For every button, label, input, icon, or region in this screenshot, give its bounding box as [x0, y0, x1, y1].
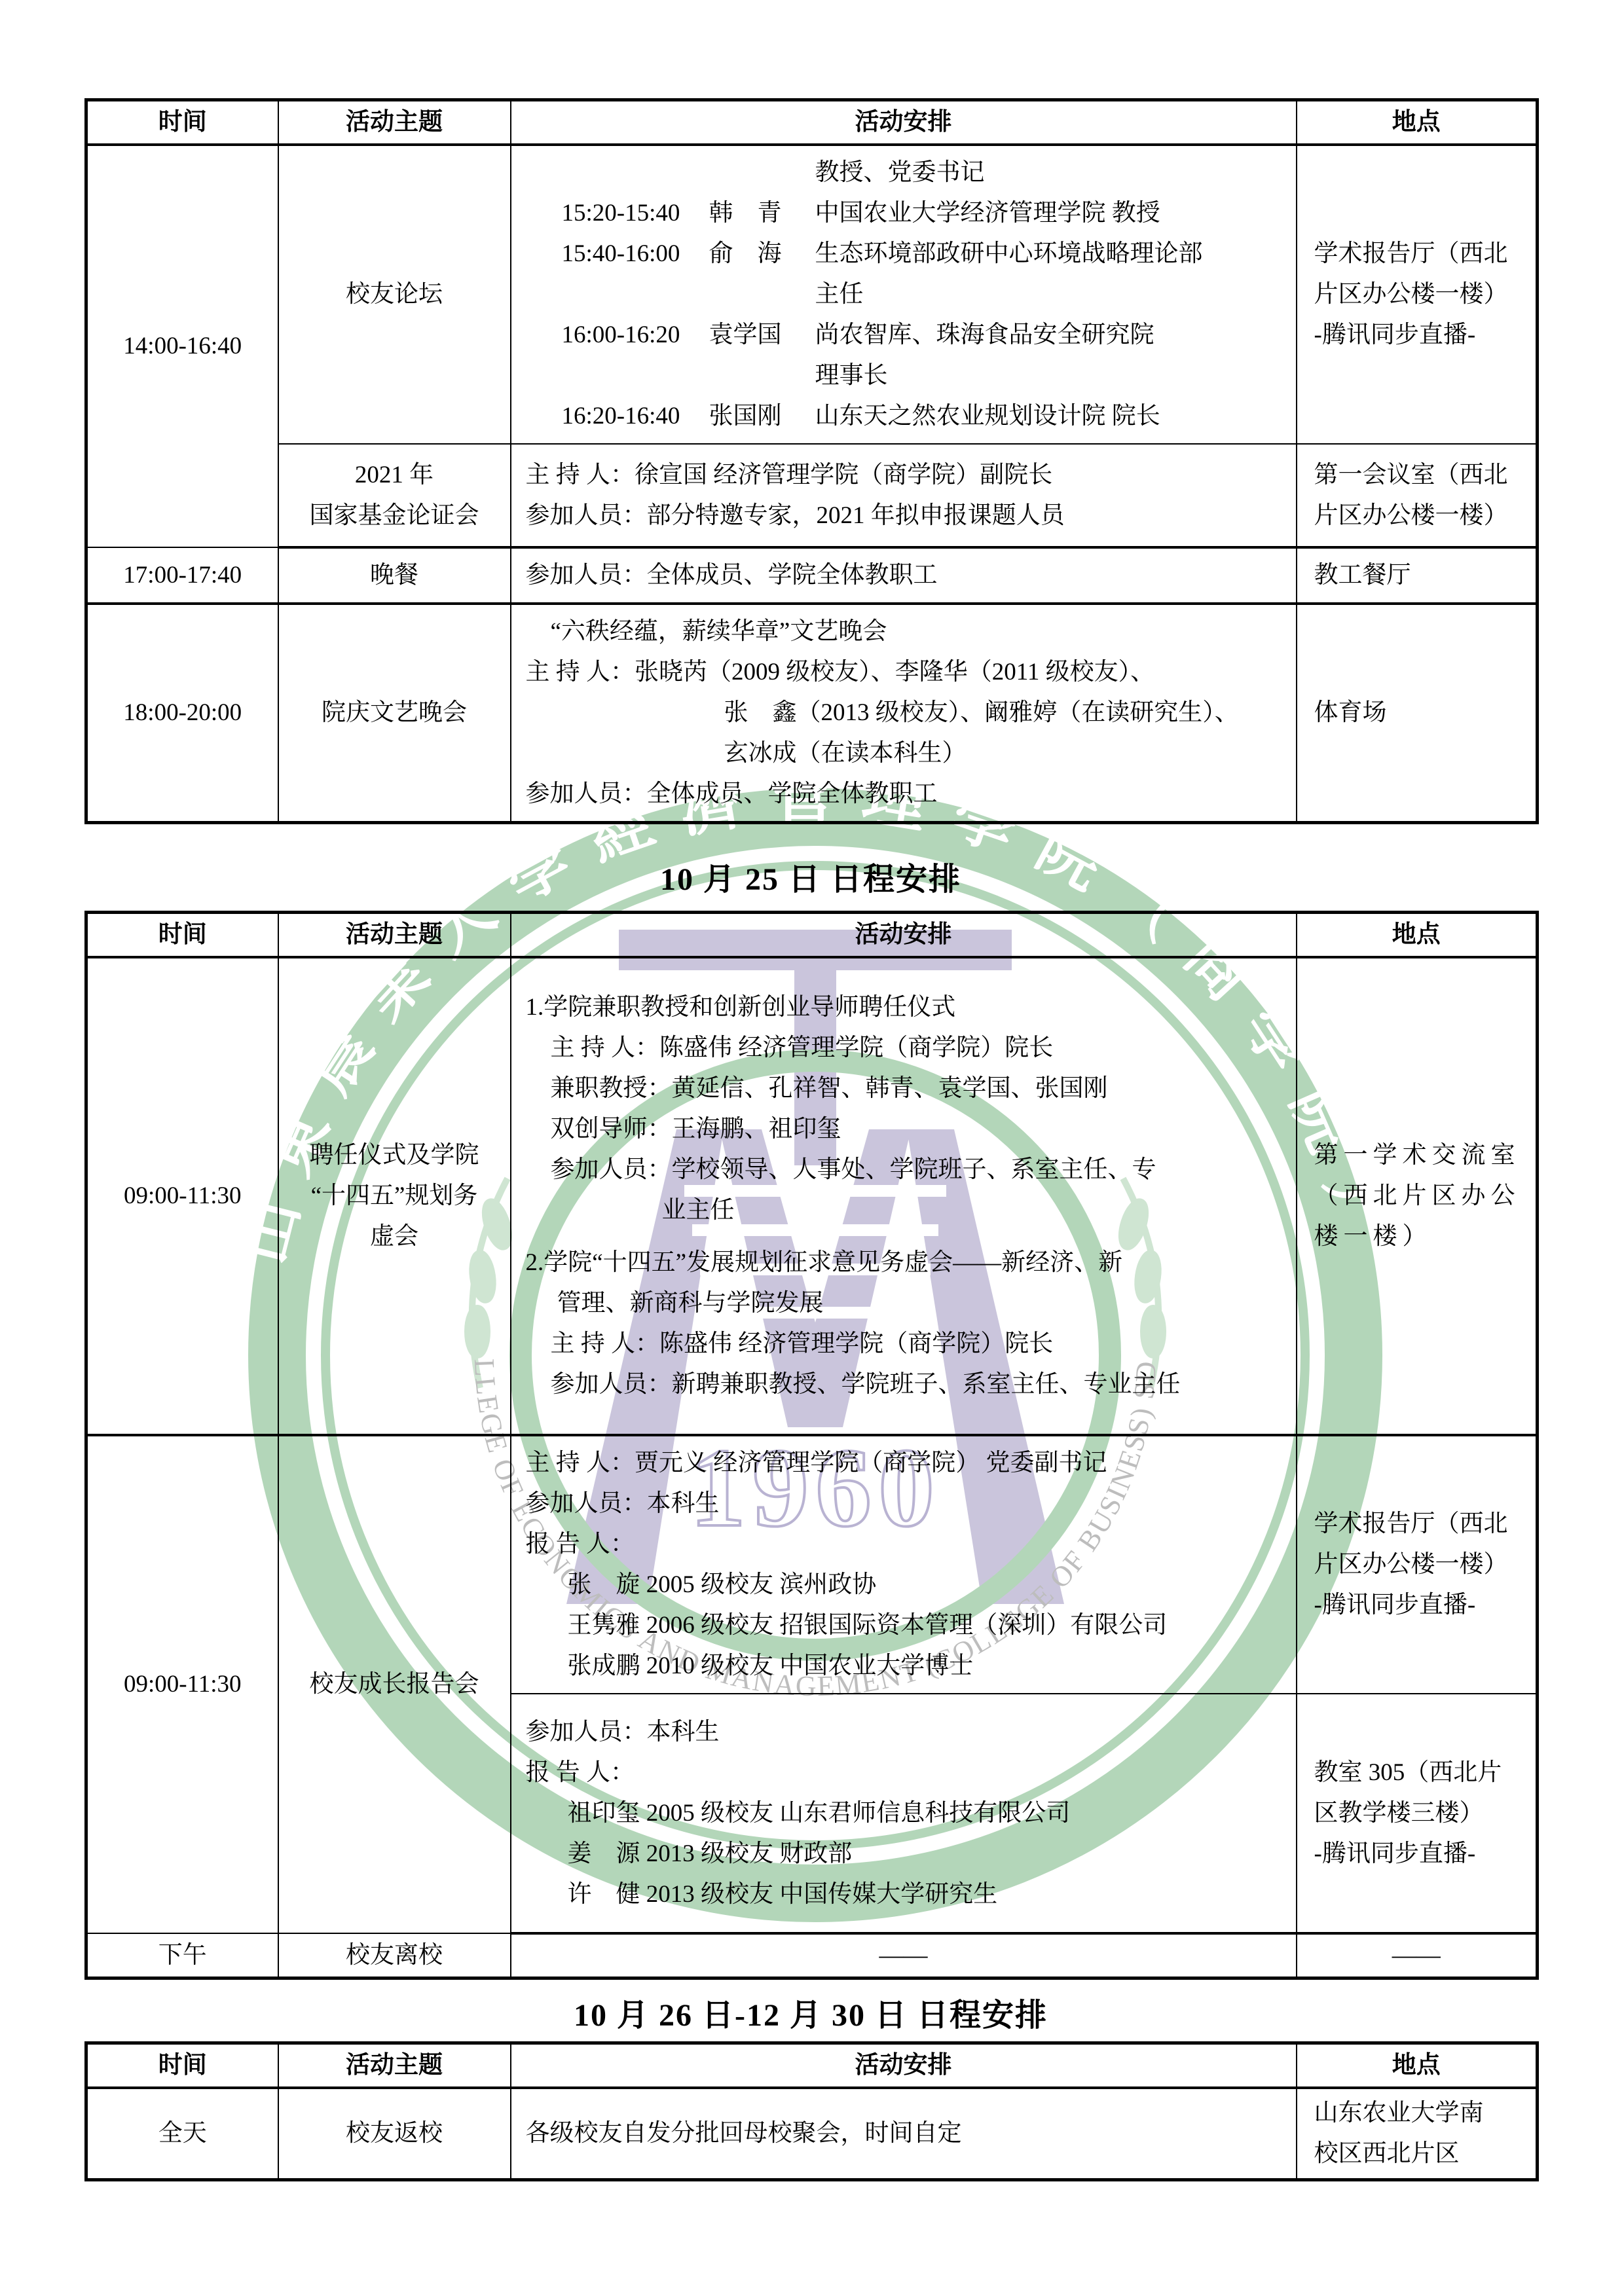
location-cell: 山东农业大学南 校区西北片区 — [1297, 2088, 1538, 2180]
document-content: 时间 活动主题 活动安排 地点 14:00-16:40 校友论坛 教授、党委书记… — [84, 0, 1537, 2181]
header-cell-location: 地点 — [1297, 913, 1538, 958]
theme-cell: 校友返校 — [278, 2088, 511, 2180]
location-cell: 学术报告厅（西北 片区办公楼一楼） -腾讯同步直播- — [1297, 1435, 1538, 1694]
theme-cell: 晚餐 — [278, 547, 511, 604]
theme-cell: 校友离校 — [278, 1933, 511, 1978]
location-cell: 教工餐厅 — [1297, 547, 1538, 604]
text-line: “六秩经蕴，薪续华章”文艺晚会 — [525, 611, 1279, 652]
text-line: 张 鑫（2013 级校友）、阚雅婷（在读研究生）、 — [525, 693, 1279, 733]
text-line: 学术报告厅（西北 — [1314, 234, 1531, 274]
arrangement-cell: 参加人员：全体成员、学院全体教职工 — [511, 547, 1297, 604]
text-line: 聘任仪式及学院 — [280, 1135, 509, 1176]
text-line: 理事长 — [525, 355, 1279, 396]
time-cell: 14:00-16:40 — [86, 145, 278, 547]
theme-cell: 校友论坛 — [278, 145, 511, 444]
theme-cell: 2021 年 国家基金论证会 — [278, 444, 511, 547]
text-line: 教授、党委书记 — [525, 153, 1279, 193]
text-line: 第一会议室（西北 — [1314, 455, 1531, 496]
time-cell: 17:00-17:40 — [86, 547, 278, 604]
text-line: 许 健 2013 级校友 中国传媒大学研究生 — [525, 1874, 1279, 1915]
text-line: 玄冰成（在读本科生） — [525, 733, 1279, 774]
table-row-growth-report-1: 09:00-11:30 校友成长报告会 主 持 人：贾元义 经济管理学院（商学院… — [86, 1435, 1538, 1694]
location-cell: 第一学术交流室 （西北片区办公 楼一楼） — [1297, 957, 1538, 1435]
header-cell-theme: 活动主题 — [278, 913, 511, 958]
table-header-row: 时间 活动主题 活动安排 地点 — [86, 2043, 1538, 2088]
speaker-line: 15:20-15:40韩 青中国农业大学经济管理学院 教授 — [562, 193, 1279, 234]
arrangement-cell: 教授、党委书记 15:20-15:40韩 青中国农业大学经济管理学院 教授 15… — [511, 145, 1297, 444]
table-row-dinner: 17:00-17:40 晚餐 参加人员：全体成员、学院全体教职工 教工餐厅 — [86, 547, 1538, 604]
text-line: 山东农业大学南 — [1314, 2093, 1531, 2134]
text-line: 虚会 — [280, 1216, 509, 1257]
header-cell-arrangement: 活动安排 — [511, 913, 1297, 958]
text-line: 王隽雅 2006 级校友 招银国际资本管理（深圳）有限公司 — [525, 1605, 1279, 1646]
text-line: 参加人员：学校领导、人事处、学院班子、系室主任、专 — [525, 1150, 1279, 1190]
text-line: 主 持 人：陈盛伟 经济管理学院（商学院）院长 — [525, 1324, 1279, 1364]
arrangement-cell: 1.学院兼职教授和创新创业导师聘任仪式 主 持 人：陈盛伟 经济管理学院（商学院… — [511, 957, 1297, 1435]
header-cell-time: 时间 — [86, 2043, 278, 2088]
section-title-oct26-dec30: 10 月 26 日-12 月 30 日 日程安排 — [84, 1997, 1537, 2035]
text-line: 主 持 人：陈盛伟 经济管理学院（商学院）院长 — [525, 1028, 1279, 1068]
speaker-name: 俞 海 — [709, 234, 815, 274]
text-line: 管理、新商科与学院发展 — [525, 1283, 1279, 1324]
time-cell: 09:00-11:30 — [86, 957, 278, 1435]
text-line: 报 告 人： — [525, 1753, 1279, 1793]
arrangement-cell: —— — [511, 1933, 1297, 1978]
speaker-time: 15:20-15:40 — [562, 193, 709, 234]
text-line: 第一学术交流室 — [1314, 1135, 1531, 1176]
text-line: 校区西北片区 — [1314, 2134, 1531, 2174]
location-cell: 学术报告厅（西北 片区办公楼一楼） -腾讯同步直播- — [1297, 145, 1538, 444]
text-line: 教室 305（西北片 — [1314, 1753, 1531, 1793]
schedule-table-oct25: 时间 活动主题 活动安排 地点 09:00-11:30 聘任仪式及学院 “十四五… — [84, 911, 1539, 1980]
text-line: 2.学院“十四五”发展规划征求意见务虚会——新经济、新 — [525, 1243, 1279, 1283]
text-line: 区教学楼三楼） — [1314, 1793, 1531, 1834]
speaker-org: 尚农智库、珠海食品安全研究院 — [815, 315, 1279, 355]
text-line: 2021 年 — [280, 455, 509, 496]
header-cell-arrangement: 活动安排 — [511, 2043, 1297, 2088]
schedule-table-oct24: 时间 活动主题 活动安排 地点 14:00-16:40 校友论坛 教授、党委书记… — [84, 98, 1539, 824]
document-page: 1960 山東農業大學經濟管理學院（商學院） COLLEGE OF ECONOM… — [0, 0, 1624, 2296]
speaker-name: 袁学国 — [709, 315, 815, 355]
location-cell: 第一会议室（西北 片区办公楼一楼） — [1297, 444, 1538, 547]
text-line: 各级校友自发分批回母校聚会，时间自定 — [525, 2113, 1279, 2154]
table-row-forum: 14:00-16:40 校友论坛 教授、党委书记 15:20-15:40韩 青中… — [86, 145, 1538, 444]
time-cell: 09:00-11:30 — [86, 1435, 278, 1933]
text-line: -腾讯同步直播- — [1314, 315, 1531, 355]
text-line: 姜 源 2013 级校友 财政部 — [525, 1834, 1279, 1874]
speaker-time: 16:20-16:40 — [562, 396, 709, 437]
text-line: 片区办公楼一楼） — [1314, 274, 1531, 315]
text-line: 体育场 — [1314, 693, 1531, 733]
text-line: 张 旋 2005 级校友 滨州政协 — [525, 1565, 1279, 1605]
text-line: “十四五”规划务 — [280, 1176, 509, 1216]
text-line: 国家基金论证会 — [280, 496, 509, 536]
text-line: 报 告 人： — [525, 1524, 1279, 1565]
speaker-org: 中国农业大学经济管理学院 教授 — [815, 193, 1279, 234]
location-cell: 教室 305（西北片 区教学楼三楼） -腾讯同步直播- — [1297, 1694, 1538, 1933]
theme-cell: 院庆文艺晚会 — [278, 604, 511, 823]
location-cell: 体育场 — [1297, 604, 1538, 823]
text-line: 参加人员：新聘兼职教授、学院班子、系室主任、专业主任 — [525, 1364, 1279, 1405]
arrangement-cell: 各级校友自发分批回母校聚会，时间自定 — [511, 2088, 1297, 2180]
time-cell: 下午 — [86, 1933, 278, 1978]
header-cell-location: 地点 — [1297, 100, 1538, 145]
table-row-return: 全天 校友返校 各级校友自发分批回母校聚会，时间自定 山东农业大学南 校区西北片… — [86, 2088, 1538, 2180]
text-line: -腾讯同步直播- — [1314, 1585, 1531, 1626]
text-line: 学术报告厅（西北 — [1314, 1504, 1531, 1544]
text-line: 祖印玺 2005 级校友 山东君师信息科技有限公司 — [525, 1793, 1279, 1834]
text-line: 张成鹏 2010 级校友 中国农业大学博士 — [525, 1646, 1279, 1686]
arrangement-cell: “六秩经蕴，薪续华章”文艺晚会 主 持 人：张晓芮（2009 级校友）、李隆华（… — [511, 604, 1297, 823]
text-line: 参加人员：本科生 — [525, 1484, 1279, 1524]
text-line: 主任 — [525, 274, 1279, 315]
header-cell-time: 时间 — [86, 913, 278, 958]
arrangement-cell: 主 持 人：贾元义 经济管理学院（商学院） 党委副书记 参加人员：本科生 报 告… — [511, 1435, 1297, 1694]
header-cell-location: 地点 — [1297, 2043, 1538, 2088]
speaker-org: 山东天之然农业规划设计院 院长 — [815, 396, 1279, 437]
header-cell-arrangement: 活动安排 — [511, 100, 1297, 145]
speaker-name: 张国刚 — [709, 396, 815, 437]
speaker-line: 16:00-16:20袁学国尚农智库、珠海食品安全研究院 — [562, 315, 1279, 355]
text-line: 片区办公楼一楼） — [1314, 1544, 1531, 1585]
table-header-row: 时间 活动主题 活动安排 地点 — [86, 100, 1538, 145]
text-line: 教工餐厅 — [1314, 555, 1531, 596]
speaker-org: 生态环境部政研中心环境战略理论部 — [815, 234, 1279, 274]
header-cell-time: 时间 — [86, 100, 278, 145]
text-line: 双创导师：王海鹏、祖印玺 — [525, 1109, 1279, 1150]
text-line: 参加人员：本科生 — [525, 1712, 1279, 1753]
theme-cell: 聘任仪式及学院 “十四五”规划务 虚会 — [278, 957, 511, 1435]
text-line: 主 持 人：张晓芮（2009 级校友）、李隆华（2011 级校友）、 — [525, 652, 1279, 693]
text-line: 兼职教授：黄延信、孔祥智、韩青、袁学国、张国刚 — [525, 1068, 1279, 1109]
speaker-line: 15:40-16:00俞 海生态环境部政研中心环境战略理论部 — [562, 234, 1279, 274]
table-row-appointment: 09:00-11:30 聘任仪式及学院 “十四五”规划务 虚会 1.学院兼职教授… — [86, 957, 1538, 1435]
text-line: 片区办公楼一楼） — [1314, 496, 1531, 536]
text-line: 楼一楼） — [1314, 1216, 1531, 1257]
text-line: -腾讯同步直播- — [1314, 1834, 1531, 1874]
text-line: （西北片区办公 — [1314, 1176, 1531, 1216]
arrangement-cell: 主 持 人：徐宣国 经济管理学院（商学院）副院长 参加人员：部分特邀专家，202… — [511, 444, 1297, 547]
text-line: 业主任 — [525, 1190, 1279, 1231]
text-line: 参加人员：全体成员、学院全体教职工 — [525, 555, 1279, 596]
table-header-row: 时间 活动主题 活动安排 地点 — [86, 913, 1538, 958]
location-cell: —— — [1297, 1933, 1538, 1978]
text-line: 主 持 人：贾元义 经济管理学院（商学院） 党委副书记 — [525, 1443, 1279, 1484]
time-cell: 全天 — [86, 2088, 278, 2180]
text-line: 主 持 人：徐宣国 经济管理学院（商学院）副院长 — [525, 455, 1279, 496]
table-row-gala: 18:00-20:00 院庆文艺晚会 “六秩经蕴，薪续华章”文艺晚会 主 持 人… — [86, 604, 1538, 823]
arrangement-cell: 参加人员：本科生 报 告 人： 祖印玺 2005 级校友 山东君师信息科技有限公… — [511, 1694, 1297, 1933]
time-cell: 18:00-20:00 — [86, 604, 278, 823]
text-line: 1.学院兼职教授和创新创业导师聘任仪式 — [525, 987, 1279, 1028]
schedule-table-oct26-dec30: 时间 活动主题 活动安排 地点 全天 校友返校 各级校友自发分批回母校聚会，时间… — [84, 2041, 1539, 2181]
section-title-oct25: 10 月 25 日 日程安排 — [84, 861, 1537, 899]
theme-cell: 校友成长报告会 — [278, 1435, 511, 1933]
table-row-fund-review: 2021 年 国家基金论证会 主 持 人：徐宣国 经济管理学院（商学院）副院长 … — [86, 444, 1538, 547]
speaker-line: 16:20-16:40张国刚山东天之然农业规划设计院 院长 — [562, 396, 1279, 437]
text-line: 参加人员：全体成员、学院全体教职工 — [525, 774, 1279, 814]
table-row-departure: 下午 校友离校 —— —— — [86, 1933, 1538, 1978]
text-line: 参加人员：部分特邀专家，2021 年拟申报课题人员 — [525, 496, 1279, 536]
speaker-name: 韩 青 — [709, 193, 815, 234]
speaker-time: 16:00-16:20 — [562, 315, 709, 355]
speaker-time: 15:40-16:00 — [562, 234, 709, 274]
header-cell-theme: 活动主题 — [278, 100, 511, 145]
header-cell-theme: 活动主题 — [278, 2043, 511, 2088]
